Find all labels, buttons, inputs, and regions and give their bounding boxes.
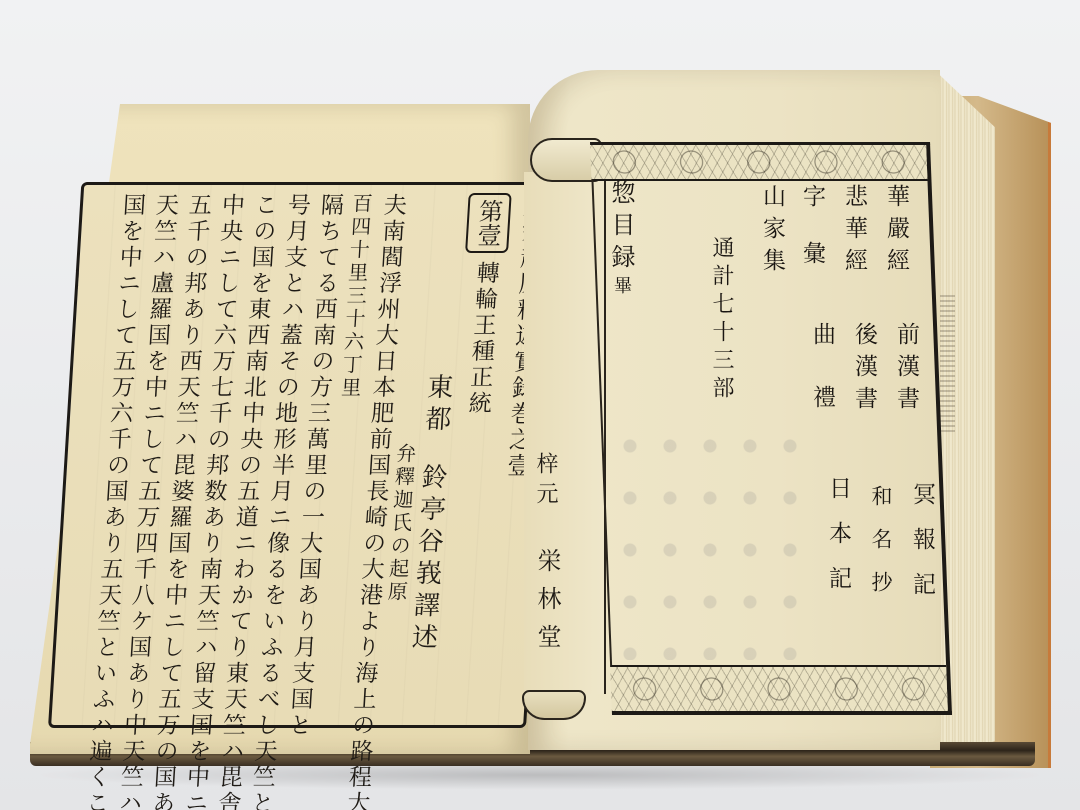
scroll-roll-bottom-icon bbox=[522, 690, 586, 720]
toc-title-suffix: 畢 bbox=[611, 276, 632, 302]
toc-item: 華嚴經 bbox=[880, 184, 913, 280]
toc-item: 冥報記 bbox=[906, 482, 939, 617]
toc-item: 日本記 bbox=[822, 476, 855, 611]
toc-item: 山家集 bbox=[756, 184, 789, 280]
floral-border-top bbox=[590, 145, 927, 181]
toc-item: 和名抄 bbox=[866, 485, 896, 614]
publisher-label: 梓元 bbox=[530, 452, 561, 512]
toc-item: 前漢書 bbox=[890, 322, 923, 418]
toc-title-text: 惣目録 bbox=[607, 180, 635, 276]
left-page-text-frame: 八宗起原釋迦實録巻之壹 第壹 轉輪王種正統 東都 鈴亭谷峩譯述 弁釋迦氏の起原 … bbox=[48, 182, 559, 728]
body-text: 夫南閻浮州大日本肥前国長崎の大港より海上の路程大約四千 百四十里三十六丁里 隔ち… bbox=[89, 193, 405, 717]
chapter-number-box: 第壹 bbox=[465, 193, 512, 253]
toc-title: 惣目録畢 bbox=[604, 180, 639, 302]
toc-item: 字彙 bbox=[796, 184, 829, 298]
book-photo-scene: 釋迦巻之一 八宗起原釋迦實録巻之壹 第壹 轉輪王種正統 東都 鈴亭谷峩譯述 弁釋… bbox=[0, 0, 1080, 810]
toc-item: 悲華經 bbox=[838, 184, 871, 280]
toc-total: 通計七十三部 bbox=[706, 236, 737, 404]
toc-item: 曲禮 bbox=[806, 322, 839, 448]
author-place: 東都 bbox=[422, 373, 452, 437]
chapter-heading-line1: 轉輪王種正統 bbox=[465, 261, 498, 417]
floral-border-bottom bbox=[610, 665, 948, 711]
publisher-name: 栄林堂 bbox=[530, 548, 565, 662]
left-page-columns: 八宗起原釋迦實録巻之壹 第壹 轉輪王種正統 東都 鈴亭谷峩譯述 弁釋迦氏の起原 … bbox=[62, 193, 546, 717]
toc-item: 後漢書 bbox=[848, 322, 881, 418]
